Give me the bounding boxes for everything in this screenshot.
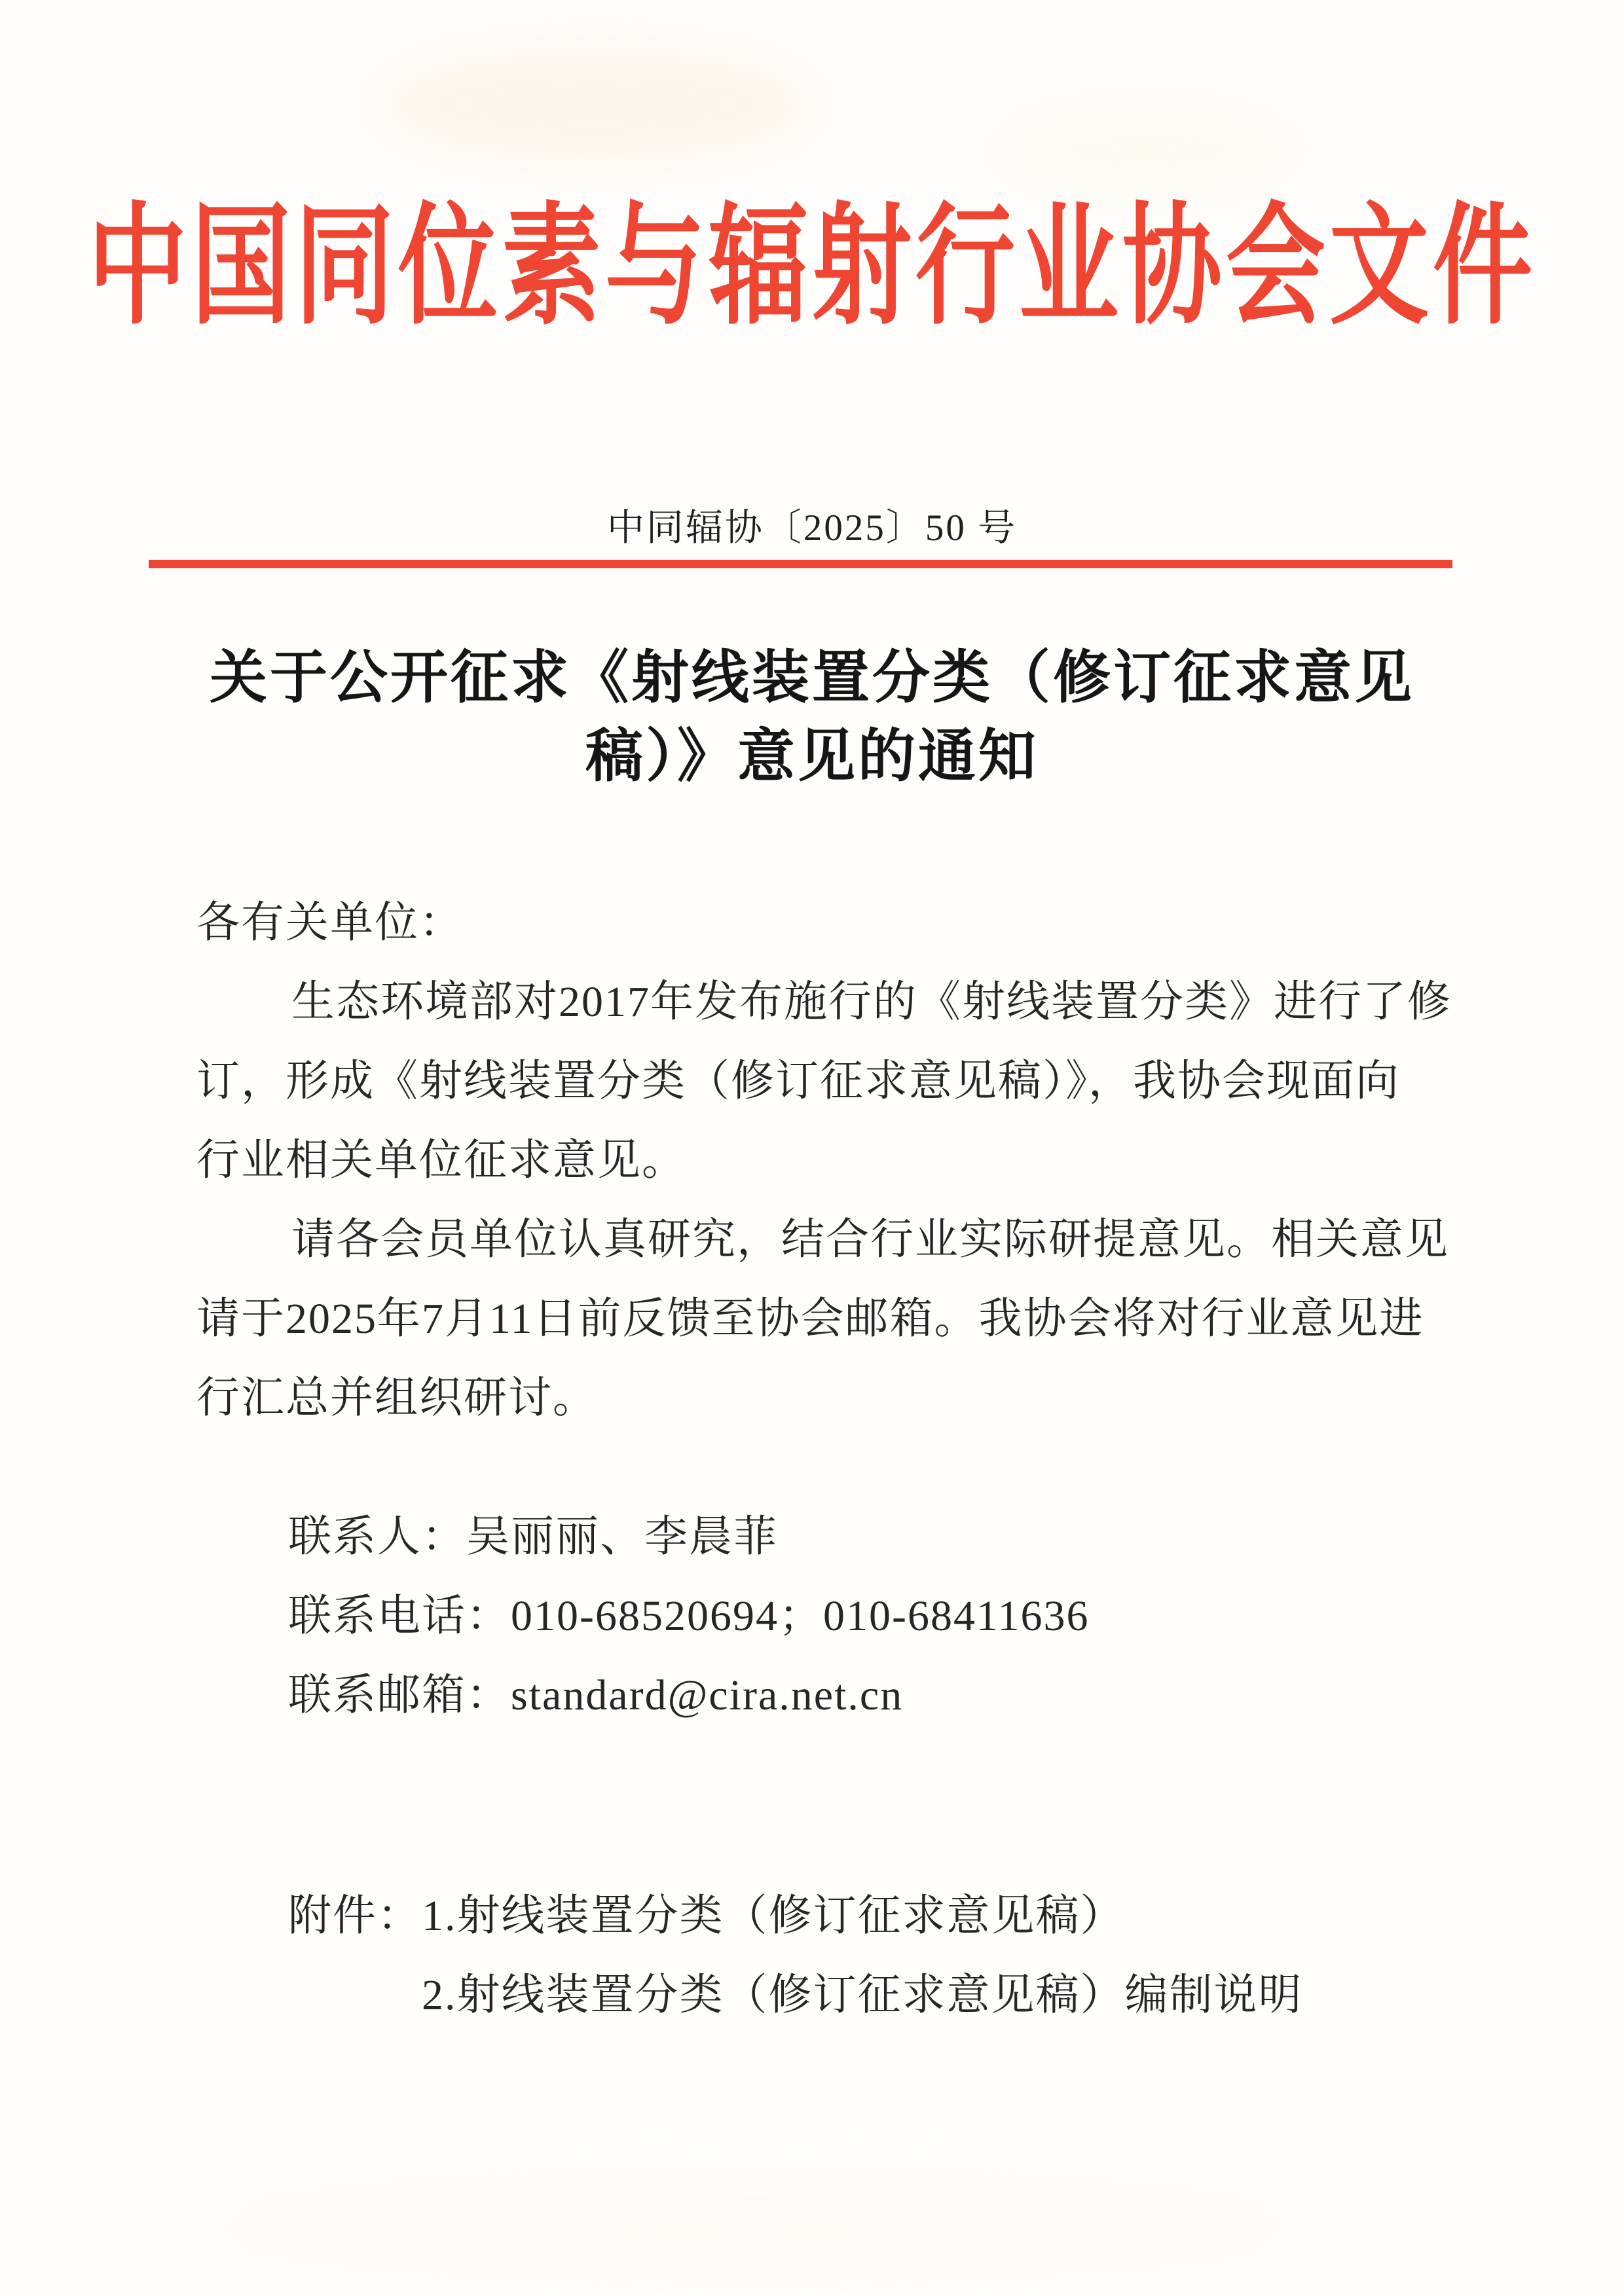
doc-number: 中同辐协〔2025〕50 号 (0, 505, 1624, 551)
paragraph1-line1: 生态环境部对2017年发布施行的《射线装置分类》进行了修 (196, 958, 1526, 1037)
scan-artifact (196, 2174, 1310, 2278)
red-divider-line (149, 560, 1452, 568)
document-title-line-1: 关于公开征求《射线装置分类（修订征求意见 (92, 638, 1532, 717)
attachment-item-2: 2.射线装置分类（修订征求意见稿）编制说明 (196, 1951, 1526, 2030)
contact-person: 联系人：吴丽丽、李晨菲 (196, 1493, 1526, 1572)
contact-email: 联系邮箱：standard@cira.net.cn (196, 1651, 1526, 1730)
document-title: 关于公开征求《射线装置分类（修订征求意见 稿）》意见的通知 (92, 638, 1532, 795)
paragraph2-line2: 请于2025年7月11日前反馈至协会邮箱。我协会将对行业意见进 (196, 1275, 1526, 1354)
paragraph2-line3: 行汇总并组织研讨。 (196, 1354, 1526, 1433)
document-page: 中国同位素与辐射行业协会文件 中同辐协〔2025〕50 号 关于公开征求《射线装… (0, 0, 1624, 2296)
scan-artifact (982, 98, 1310, 203)
attachment-item-1: 附件：1.射线装置分类（修订征求意见稿） (196, 1872, 1526, 1951)
attachments-block: 附件：1.射线装置分类（修订征求意见稿） 2.射线装置分类（修订征求意见稿）编制… (196, 1872, 1526, 2030)
scan-artifact (367, 39, 825, 170)
contact-block: 联系人：吴丽丽、李晨菲 联系电话：010-68520694；010-684116… (196, 1493, 1526, 1730)
paragraph1-line3: 行业相关单位征求意见。 (196, 1116, 1526, 1195)
paragraph2-line1: 请各会员单位认真研究，结合行业实际研提意见。相关意见 (196, 1195, 1526, 1275)
org-header-title: 中国同位素与辐射行业协会文件 (0, 202, 1624, 333)
document-title-line-2: 稿）》意见的通知 (92, 717, 1532, 795)
salutation: 各有关单位： (196, 879, 1526, 958)
contact-phone: 联系电话：010-68520694；010-68411636 (196, 1572, 1526, 1651)
paragraph1-line2: 订，形成《射线装置分类（修订征求意见稿）》，我协会现面向 (196, 1037, 1526, 1116)
body-text: 各有关单位： 生态环境部对2017年发布施行的《射线装置分类》进行了修 订，形成… (196, 879, 1526, 1433)
